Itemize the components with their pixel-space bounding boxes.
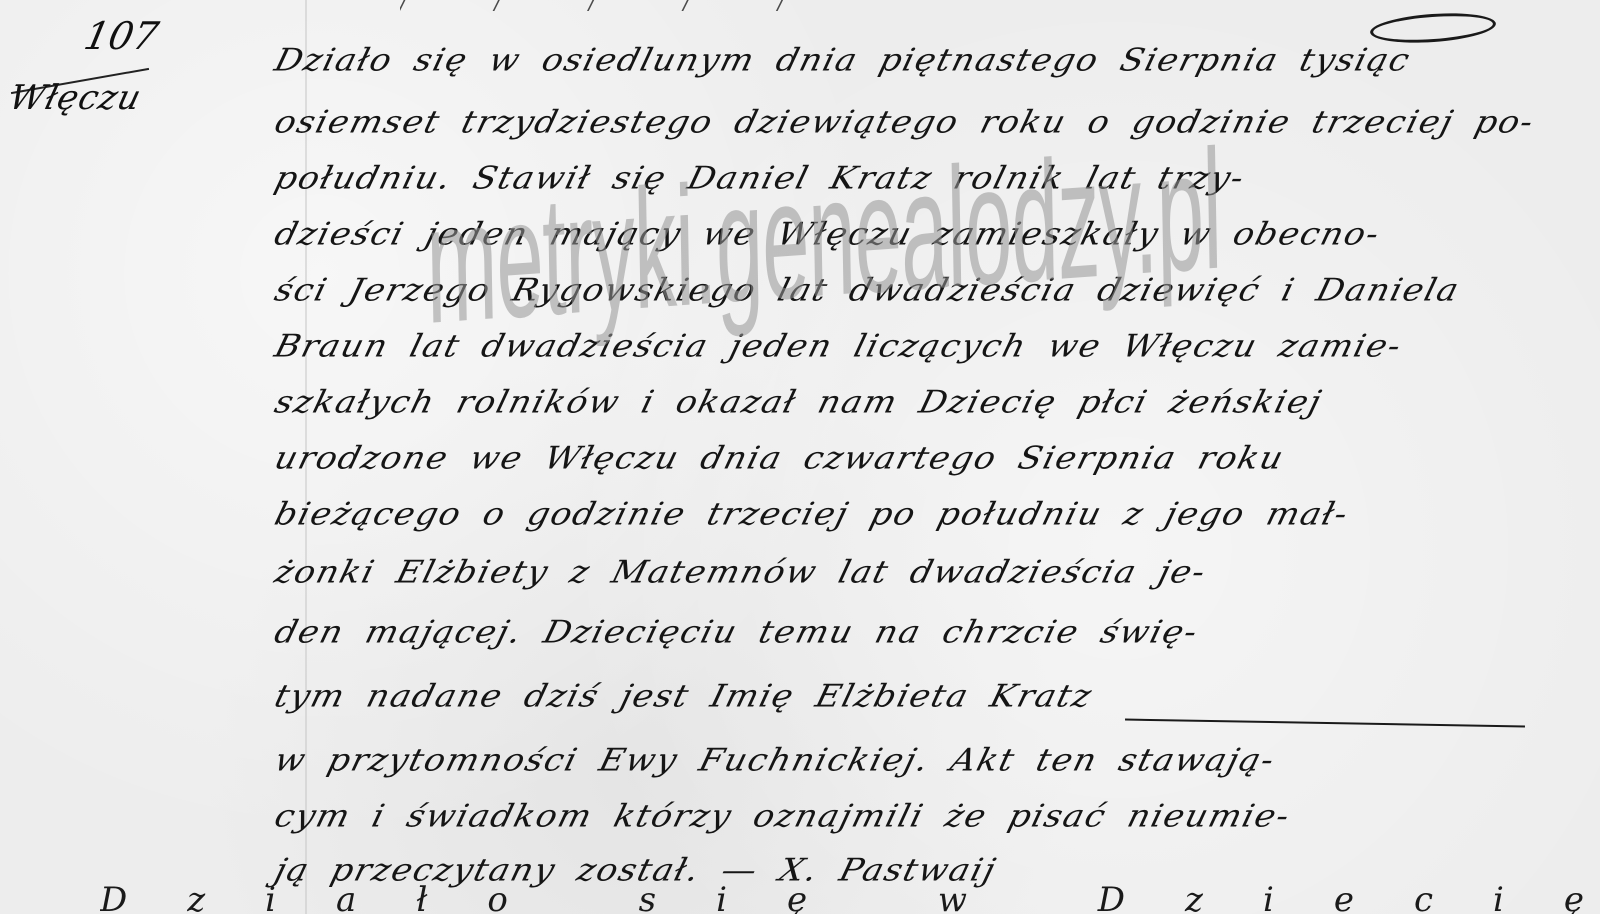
- record-line: cym i świadkom którzy oznajmili że pisać…: [271, 798, 1294, 835]
- record-line: południu. Stawił się Daniel Kratz rolnik…: [271, 160, 1249, 197]
- scanned-record-page: / / / / / 107 Włęczu Działo się w osiedl…: [0, 0, 1600, 914]
- record-line: bieżącego o godzinie trzeciej po południ…: [271, 496, 1353, 533]
- record-line: żonki Elżbiety z Matemnów lat dwadzieści…: [271, 554, 1210, 591]
- record-line: tym nadane dziś jest Imię Elżbieta Kratz: [271, 678, 1097, 715]
- record-line: den mającej. Dziecięciu temu na chrzcie …: [271, 614, 1202, 651]
- record-line: urodzone we Włęczu dnia czwartego Sierpn…: [271, 440, 1288, 477]
- bottom-fragment-next-entry: Działo się w Dziecię: [100, 880, 1600, 914]
- entry-number: 107: [80, 14, 162, 58]
- record-line: dzieści jeden mający we Włęczu zamieszka…: [271, 216, 1384, 253]
- entry-place: Włęczu: [5, 78, 146, 118]
- record-line: w przytomności Ewy Fuchnickiej. Akt ten …: [271, 742, 1279, 779]
- record-line: osiemset trzydziestego dziewiątego roku …: [271, 104, 1538, 141]
- record-line: Działo się w osiedlunym dnia piętnastego…: [271, 42, 1415, 79]
- record-line: Braun lat dwadzieścia jeden liczących we…: [271, 328, 1406, 365]
- record-line: szkałych rolników i okazał nam Dziecię p…: [271, 384, 1326, 421]
- ink-flourish: [1369, 10, 1497, 47]
- record-line: ści Jerzego Rygowskiego lat dwadzieścia …: [271, 272, 1464, 309]
- child-name-underline: [1125, 719, 1525, 728]
- top-fragment-previous-entry: / / / / /: [400, 0, 1600, 14]
